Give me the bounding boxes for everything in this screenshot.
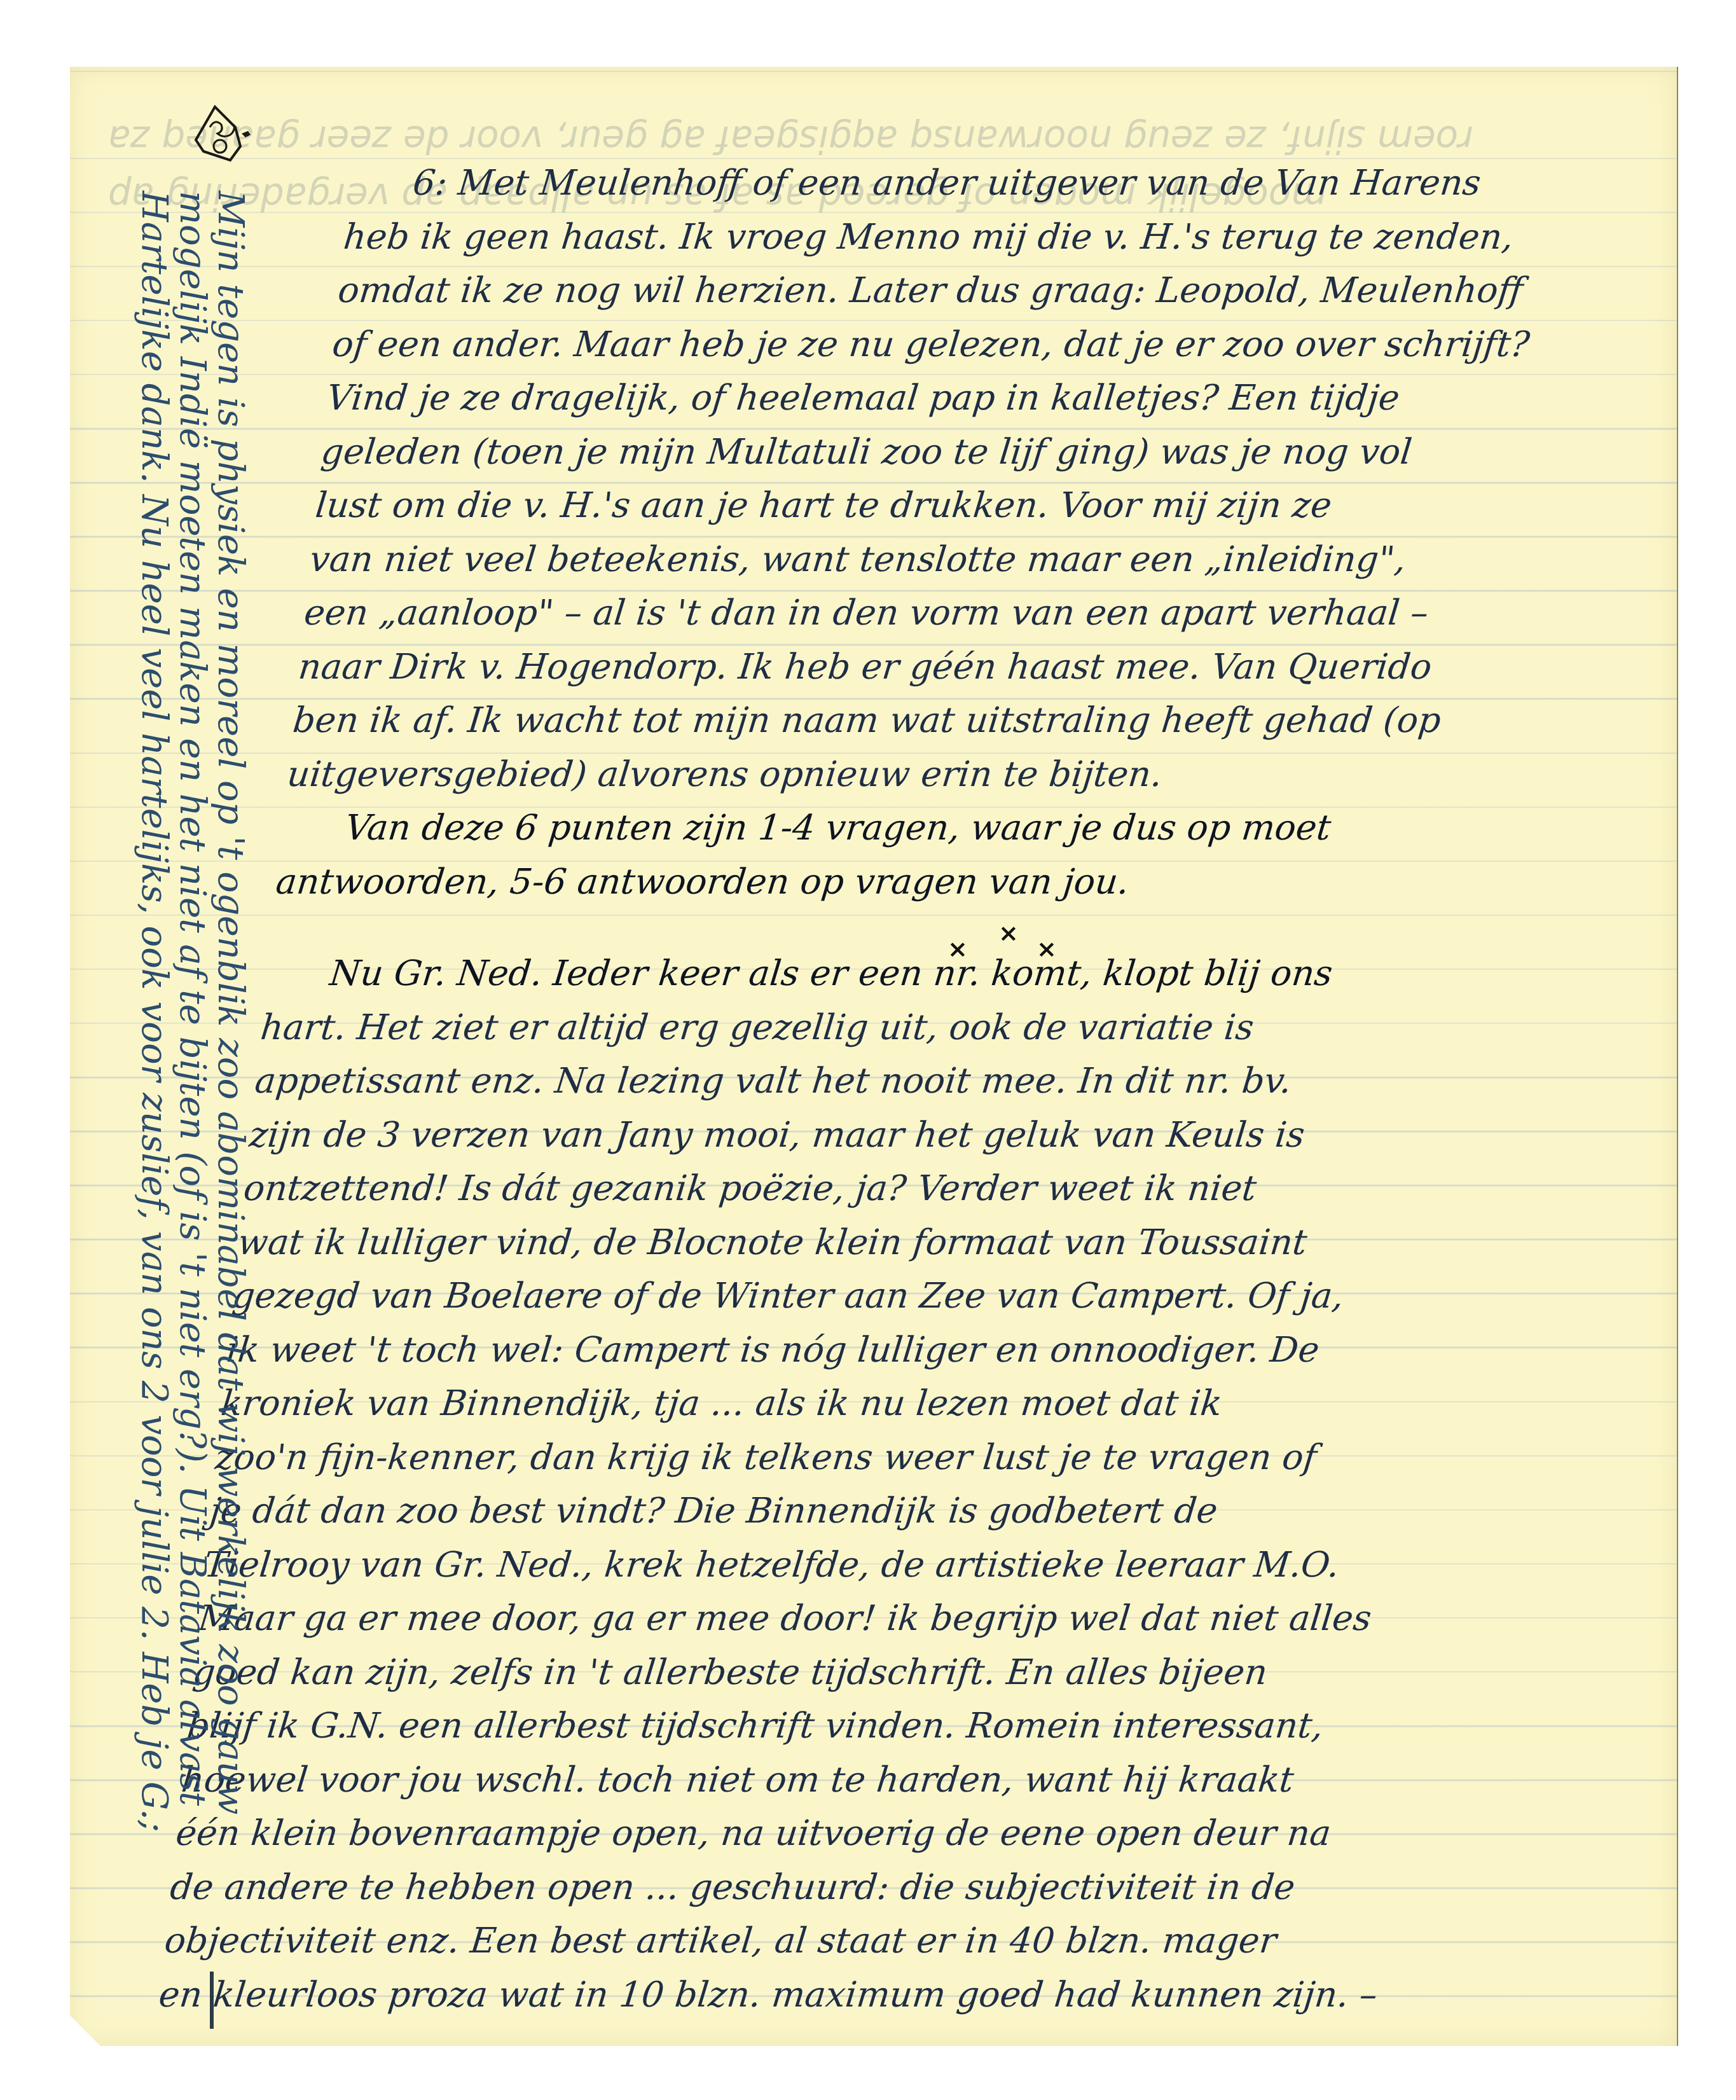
cross-mark-icon: × [998,919,1019,947]
body-line: een „aanloop" – al is 't dan in den vorm… [301,586,1706,640]
body-line: appetissant enz. Na lezing valt het nooi… [252,1054,1657,1108]
margin-note-3: Hartelijke dank. Nu heel veel hartelijks… [134,191,175,1832]
body-line: ben ik af. Ik wacht tot mijn naam wat ui… [290,693,1695,747]
body-line: hart. Het ziet er altijd erg gezellig ui… [258,1000,1663,1054]
body-line: naar Dirk v. Hogendorp. Ik heb er géén h… [296,640,1700,694]
annotation-marks: × × × [941,916,1081,973]
body-line: Van deze 6 punten zijn 1-4 vragen, waar … [279,801,1684,855]
body-line: uitgeversgebied) alvorens opnieuw erin t… [285,747,1690,801]
body-line: ontzettend! Is dát gezanik poëzie, ja? V… [241,1161,1646,1215]
body-line: 6: Met Meulenhoff of een ander uitgever … [347,156,1736,210]
body-line: omdat ik ze nog wil herzien. Later dus g… [335,263,1736,317]
body-line: van niet veel beteekenis, want tenslotte… [307,532,1712,586]
body-line: en kleurloos proza wat in 10 blzn. maxim… [156,1968,1561,2022]
cross-mark-icon: × [947,935,968,963]
bleed-through-line-1: roem sijnf, ze zeug noorwansq aqgisgeaf … [108,118,1473,161]
body-line: antwoorden, 5-6 antwoorden op vragen van… [273,855,1678,909]
body-line: blijf ik G.N. een allerbest tijdschrift … [184,1699,1589,1753]
margin-note-2: mogelijk Indië moeten maken en het niet … [172,191,213,1806]
margin-note-1: Mijn tegen is physiek en moreel op 't og… [210,191,251,1815]
body-line: één klein bovenraampje open, na uitvoeri… [174,1806,1578,1860]
body-line: ik weet 't toch wel: Campert is nóg lull… [224,1323,1629,1377]
cross-mark-icon: × [1037,935,1057,963]
body-line: heb ik geen haast. Ik vroeg Menno mij di… [341,210,1736,264]
signoff-dash [210,1972,214,2029]
shield-with-bird-stamp-icon [191,102,261,165]
body-line: of een ander. Maar heb je ze nu gelezen,… [330,317,1735,371]
body-line: lust om die v. H.'s aan je hart te drukk… [313,478,1718,532]
body-line: goed kan zijn, zelfs in 't allerbeste ti… [190,1645,1595,1699]
letter-body: 6: Met Meulenhoff of een ander uitgever … [156,156,1736,2021]
body-line: objectiviteit enz. Een best artikel, al … [162,1914,1567,1968]
body-line: Vind je ze dragelijk, of heelemaal pap i… [324,371,1729,425]
body-line: Maar ga er mee door, ga er mee door! ik … [196,1591,1601,1645]
body-line: hoewel voor jou wschl. toch niet om te h… [179,1753,1583,1807]
body-line: wat ik lulliger vind, de Blocnote klein … [235,1215,1640,1269]
body-line: zoo'n fijn-kenner, dan krijg ik telkens … [213,1430,1618,1484]
body-line: de andere te hebben open ... geschuurd: … [168,1860,1573,1914]
body-line: zijn de 3 verzen van Jany mooi, maar het… [247,1108,1651,1162]
body-line: je dát dan zoo best vindt? Die Binnendij… [207,1484,1612,1538]
body-line: Tielrooy van Gr. Ned., krek hetzelfde, d… [202,1538,1606,1592]
body-line: gezegd van Boelaere of de Winter aan Zee… [230,1269,1634,1323]
body-line: geleden (toen je mijn Multatuli zoo te l… [319,425,1723,479]
body-line: kroniek van Binnendijk, tja ... als ik n… [219,1376,1623,1430]
